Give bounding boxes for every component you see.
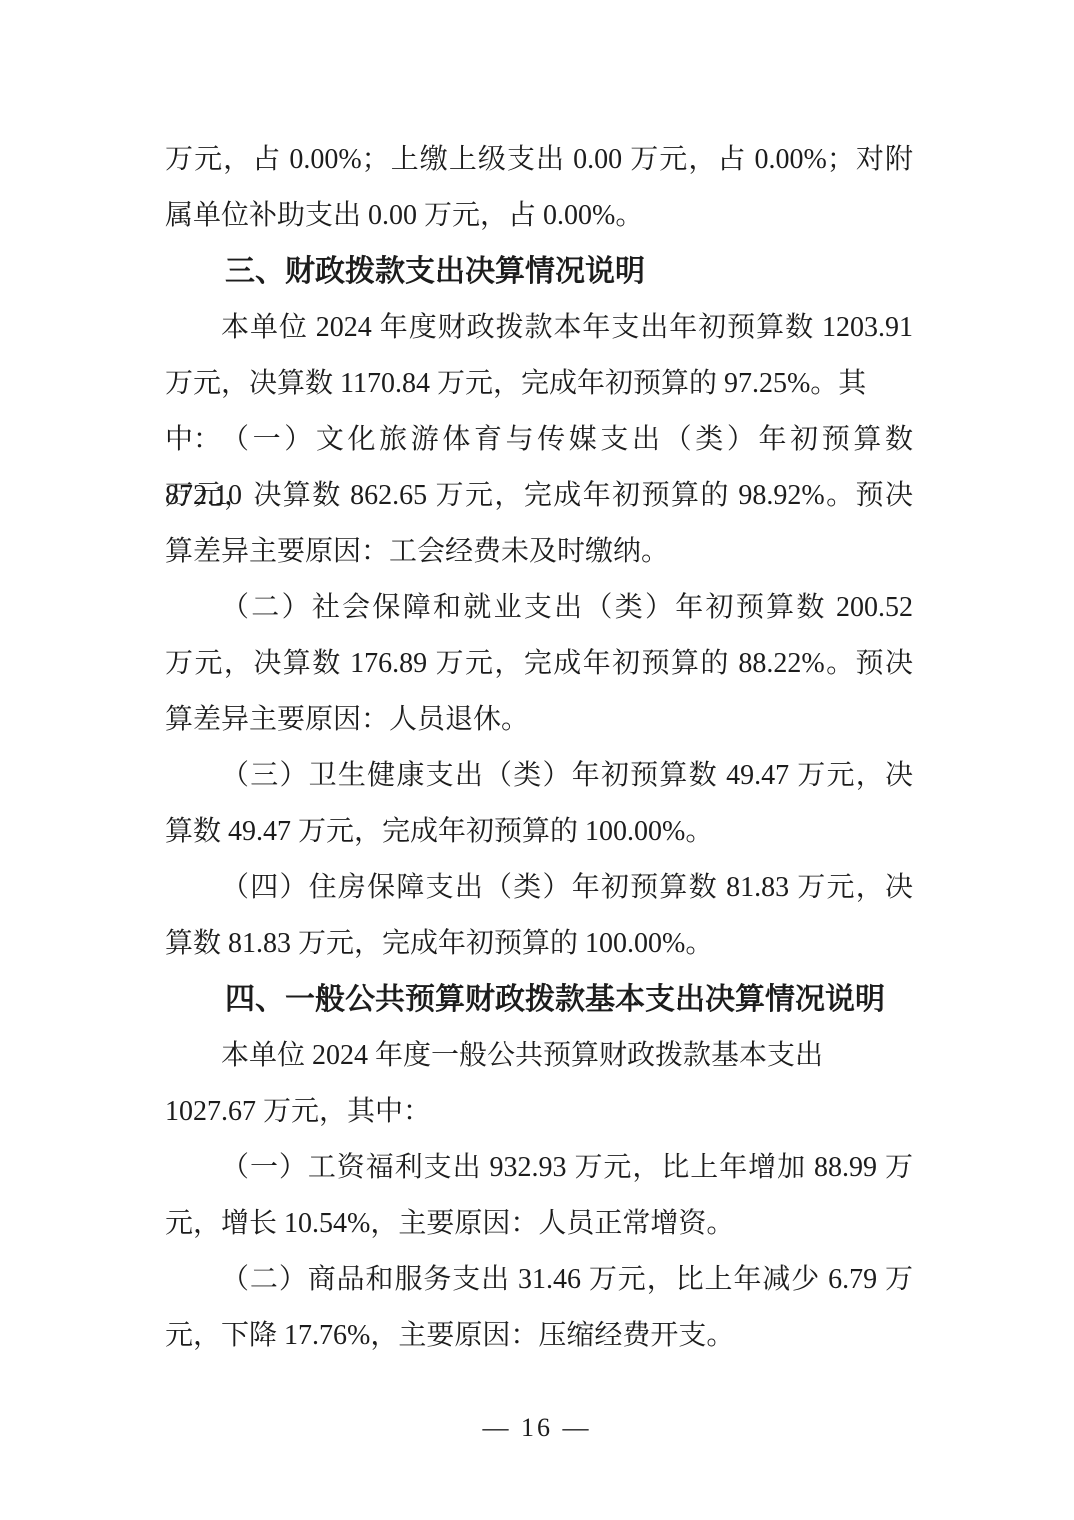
body-line: 元，增长 10.54%，主要原因：人员正常增资。 xyxy=(165,1196,913,1252)
document-page: 万元，占 0.00%；上缴上级支出 0.00 万元，占 0.00%；对附 属单位… xyxy=(0,0,1074,1520)
body-line: 算数 49.47 万元，完成年初预算的 100.00%。 xyxy=(165,804,913,860)
section-heading-4: 四、一般公共预算财政拨款基本支出决算情况说明 xyxy=(165,972,913,1028)
document-body: 万元，占 0.00%；上缴上级支出 0.00 万元，占 0.00%；对附 属单位… xyxy=(165,132,913,1364)
body-line: （二）社会保障和就业支出（类）年初预算数 200.52 xyxy=(165,580,913,636)
body-line: 万元，决算数 1170.84 万元，完成年初预算的 97.25%。其中： xyxy=(165,356,913,412)
page-number: — 16 — xyxy=(0,1406,1074,1450)
section-heading-3: 三、财政拨款支出决算情况说明 xyxy=(165,244,913,300)
body-line: （二）商品和服务支出 31.46 万元，比上年减少 6.79 万 xyxy=(165,1252,913,1308)
body-line: （四）住房保障支出（类）年初预算数 81.83 万元，决 xyxy=(165,860,913,916)
body-line: 本单位 2024 年度财政拨款本年支出年初预算数 1203.91 xyxy=(165,300,913,356)
body-line: 1027.67 万元，其中： xyxy=(165,1084,913,1140)
body-line: （一）文化旅游体育与传媒支出（类）年初预算数 872.10 xyxy=(165,412,913,468)
body-line: 万元，决算数 176.89 万元，完成年初预算的 88.22%。预决 xyxy=(165,636,913,692)
body-line: 万元，占 0.00%；上缴上级支出 0.00 万元，占 0.00%；对附 xyxy=(165,132,913,188)
body-line: 算差异主要原因：人员退休。 xyxy=(165,692,913,748)
body-line: 属单位补助支出 0.00 万元，占 0.00%。 xyxy=(165,188,913,244)
body-line: 元，下降 17.76%，主要原因：压缩经费开支。 xyxy=(165,1308,913,1364)
body-line: （一）工资福利支出 932.93 万元，比上年增加 88.99 万 xyxy=(165,1140,913,1196)
body-line: （三）卫生健康支出（类）年初预算数 49.47 万元，决 xyxy=(165,748,913,804)
body-line: 算差异主要原因：工会经费未及时缴纳。 xyxy=(165,524,913,580)
body-line: 算数 81.83 万元，完成年初预算的 100.00%。 xyxy=(165,916,913,972)
body-line: 本单位 2024 年度一般公共预算财政拨款基本支出 xyxy=(165,1028,913,1084)
body-line: 万元，决算数 862.65 万元，完成年初预算的 98.92%。预决 xyxy=(165,468,913,524)
